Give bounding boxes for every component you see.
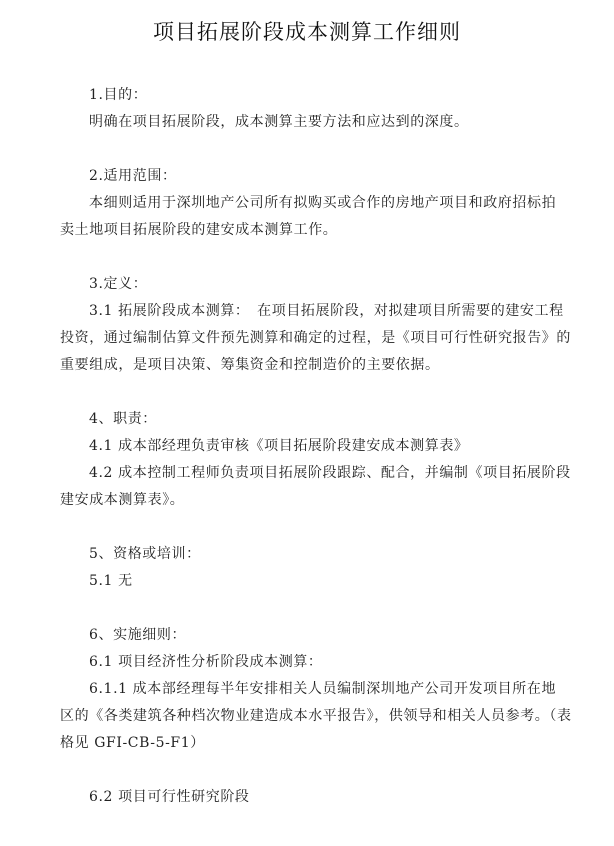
section-4-heading: 4、职责：	[89, 410, 157, 428]
section-4-text-line-1: 4.1 成本部经理负责审核《项目拓展阶段建安成本测算表》	[89, 437, 469, 455]
section-6-2-heading: 6.2 项目可行性研究阶段	[89, 788, 250, 806]
section-1-heading: 1.目的：	[89, 86, 147, 104]
section-2-heading: 2.适用范围：	[89, 167, 177, 185]
section-6-1-1-line-1: 6.1.1 成本部经理每半年安排相关人员编制深圳地产公司开发项目所在地	[89, 680, 556, 698]
section-3-text-line-1: 3.1 拓展阶段成本测算： 在项目拓展阶段，对拟建项目所需要的建安工程	[89, 302, 564, 320]
section-6-1-1-line-2: 区的《各类建筑各种档次物业建造成本水平报告》，供领导和相关人员参考。（表	[60, 707, 572, 725]
section-2-text-line-2: 卖土地项目拓展阶段的建安成本测算工作。	[60, 221, 337, 239]
section-3-text-line-3: 重要组成，是项目决策、筹集资金和控制造价的主要依据。	[60, 356, 440, 374]
section-2-text-line-1: 本细则适用于深圳地产公司所有拟购买或合作的房地产项目和政府招标拍	[89, 194, 556, 212]
document-title: 项目拓展阶段成本测算工作细则	[0, 16, 614, 46]
section-3-text-line-2: 投资，通过编制估算文件预先测算和确定的过程，是《项目可行性研究报告》的	[60, 329, 571, 347]
section-5-text: 5.1 无	[89, 572, 133, 590]
section-4-text-line-2: 4.2 成本控制工程师负责项目拓展阶段跟踪、配合，并编制《项目拓展阶段	[89, 464, 571, 482]
section-4-text-line-3: 建安成本测算表》。	[60, 491, 184, 509]
section-6-heading: 6、实施细则：	[89, 626, 186, 644]
section-3-heading: 3.定义：	[89, 275, 147, 293]
section-6-1-1-line-3: 格见 GFI-CB-5-F1）	[60, 734, 205, 752]
section-1-text: 明确在项目拓展阶段，成本测算主要方法和应达到的深度。	[89, 113, 469, 131]
section-5-heading: 5、资格或培训：	[89, 545, 201, 563]
section-6-1-heading: 6.1 项目经济性分析阶段成本测算：	[89, 653, 323, 671]
